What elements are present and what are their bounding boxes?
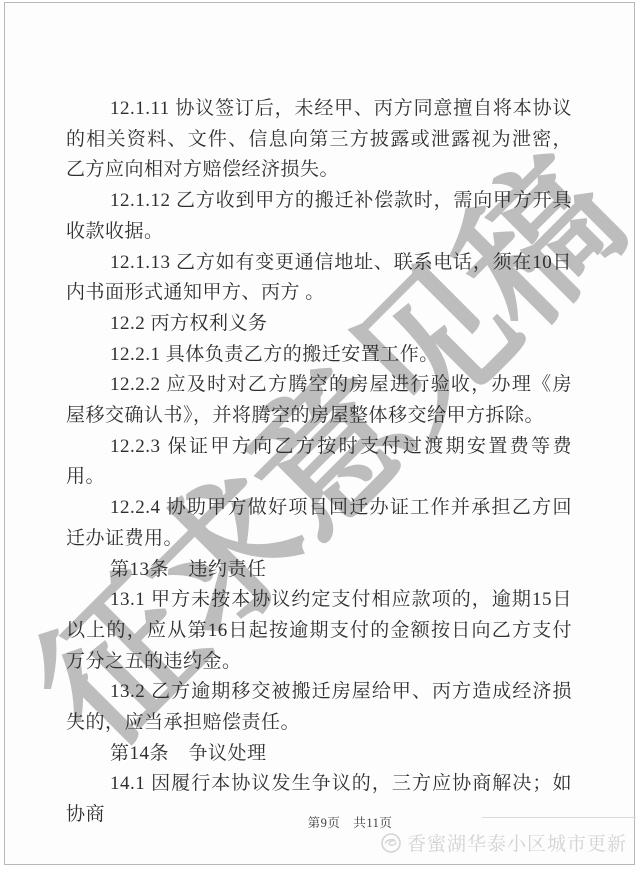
contract-clause: 13.1 甲方未按本协议约定支付相应款项的，逾期15日以上的，应从第16日起按逾… (66, 585, 572, 677)
section-heading: 第14条 争议处理 (66, 739, 572, 770)
contract-clause: 12.2.3 保证甲方向乙方按时支付过渡期安置费等费用。 (66, 432, 572, 493)
contract-clause: 12.1.11 协议签订后，未经甲、丙方同意擅自将本协议的相关资料、文件、信息向… (66, 94, 572, 186)
contract-clause: 12.2.1 具体负责乙方的搬迁安置工作。 (66, 340, 572, 371)
section-heading: 第13条 违约责任 (66, 555, 572, 586)
contract-clause: 12.2.4 协助甲方做好项目回迁办证工作并承担乙方回迁办证费用。 (66, 493, 572, 554)
contract-clause: 12.1.12 乙方收到甲方的搬迁补偿款时，需向甲方开具收款收据。 (66, 186, 572, 247)
contract-body: 12.1.11 协议签订后，未经甲、丙方同意擅自将本协议的相关资料、文件、信息向… (66, 94, 572, 831)
brand-stamp: 香蜜湖华泰小区城市更新 (380, 829, 627, 856)
contract-clause: 12.2.2 应及时对乙方腾空的房屋进行验收，办理《房屋移交确认书》，并将腾空的… (66, 370, 572, 431)
contract-clause: 12.2 丙方权利义务 (66, 309, 572, 340)
brand-swirl-logo-icon (380, 832, 402, 854)
contract-clause: 12.1.13 乙方如有变更通信地址、联系电话，须在10日内书面形式通知甲方、丙… (66, 248, 572, 309)
contract-clause: 13.2 乙方逾期移交被搬迁房屋给甲、丙方造成经济损失的，应当承担赔偿责任。 (66, 677, 572, 738)
brand-name: 香蜜湖华泰小区城市更新 (407, 829, 627, 856)
